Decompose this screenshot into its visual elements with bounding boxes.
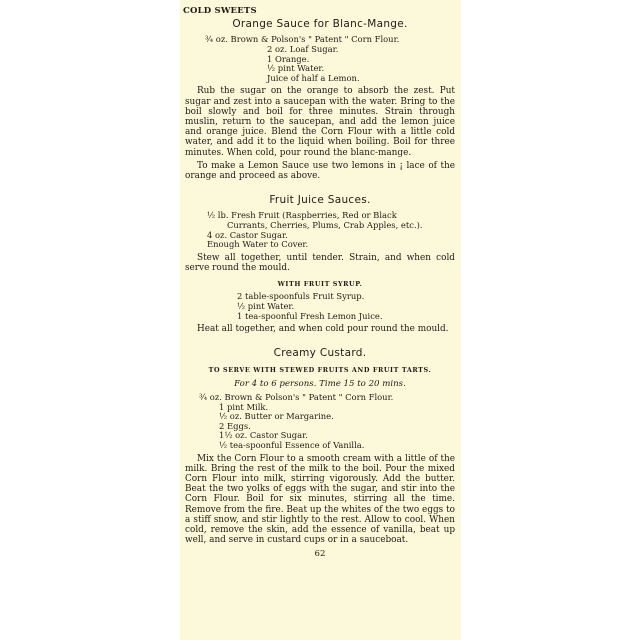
recipe-title: Creamy Custard. [185,348,455,358]
ingredient: 2 oz. Loaf Sugar. [185,45,455,55]
ingredient-list: 2 table-spoonfuls Fruit Syrup. ½ pint Wa… [185,292,455,321]
book-page: COLD SWEETS Orange Sauce for Blanc-Mange… [180,0,461,640]
method-paragraph: To make a Lemon Sauce use two lemons in … [185,161,455,181]
ingredient: 2 table-spoonfuls Fruit Syrup. [185,292,455,302]
recipe-fruit-juice-sauces: Fruit Juice Sauces. ½ lb. Fresh Fruit (R… [185,195,455,334]
ingredient-list: ¾ oz. Brown & Polson's " Patent " Corn F… [185,393,455,451]
method-paragraph: Mix the Corn Flour to a smooth cream wit… [185,454,455,546]
serving-note: For 4 to 6 persons. Time 15 to 20 mins. [185,379,455,389]
ingredient-list: ½ lb. Fresh Fruit (Raspberries, Red or B… [185,211,455,249]
recipe-orange-sauce: Orange Sauce for Blanc-Mange. ¾ oz. Brow… [185,19,455,181]
running-head: COLD SWEETS [183,6,455,16]
recipe-subtitle: TO SERVE WITH STEWED FRUITS AND FRUIT TA… [185,365,455,375]
method-paragraph: Rub the sugar on the orange to absorb th… [185,86,455,157]
ingredient: 1 tea-spoonful Fresh Lemon Juice. [185,312,455,322]
method-paragraph: Stew all together, until tender. Strain,… [185,253,455,273]
ingredient: ½ tea-spoonful Essence of Vanilla. [185,441,455,451]
recipe-title: Fruit Juice Sauces. [185,195,455,205]
recipe-creamy-custard: Creamy Custard. TO SERVE WITH STEWED FRU… [185,348,455,545]
ingredient: Enough Water to Cover. [185,240,455,250]
subsection-heading: WITH FRUIT SYRUP. [185,279,455,289]
ingredient: Juice of half a Lemon. [185,74,455,84]
method-paragraph: Heat all together, and when cold pour ro… [185,324,455,334]
ingredient-list: ¾ oz. Brown & Polson's " Patent " Corn F… [185,35,455,83]
recipe-title: Orange Sauce for Blanc-Mange. [185,19,455,29]
page-number: 62 [185,549,455,559]
